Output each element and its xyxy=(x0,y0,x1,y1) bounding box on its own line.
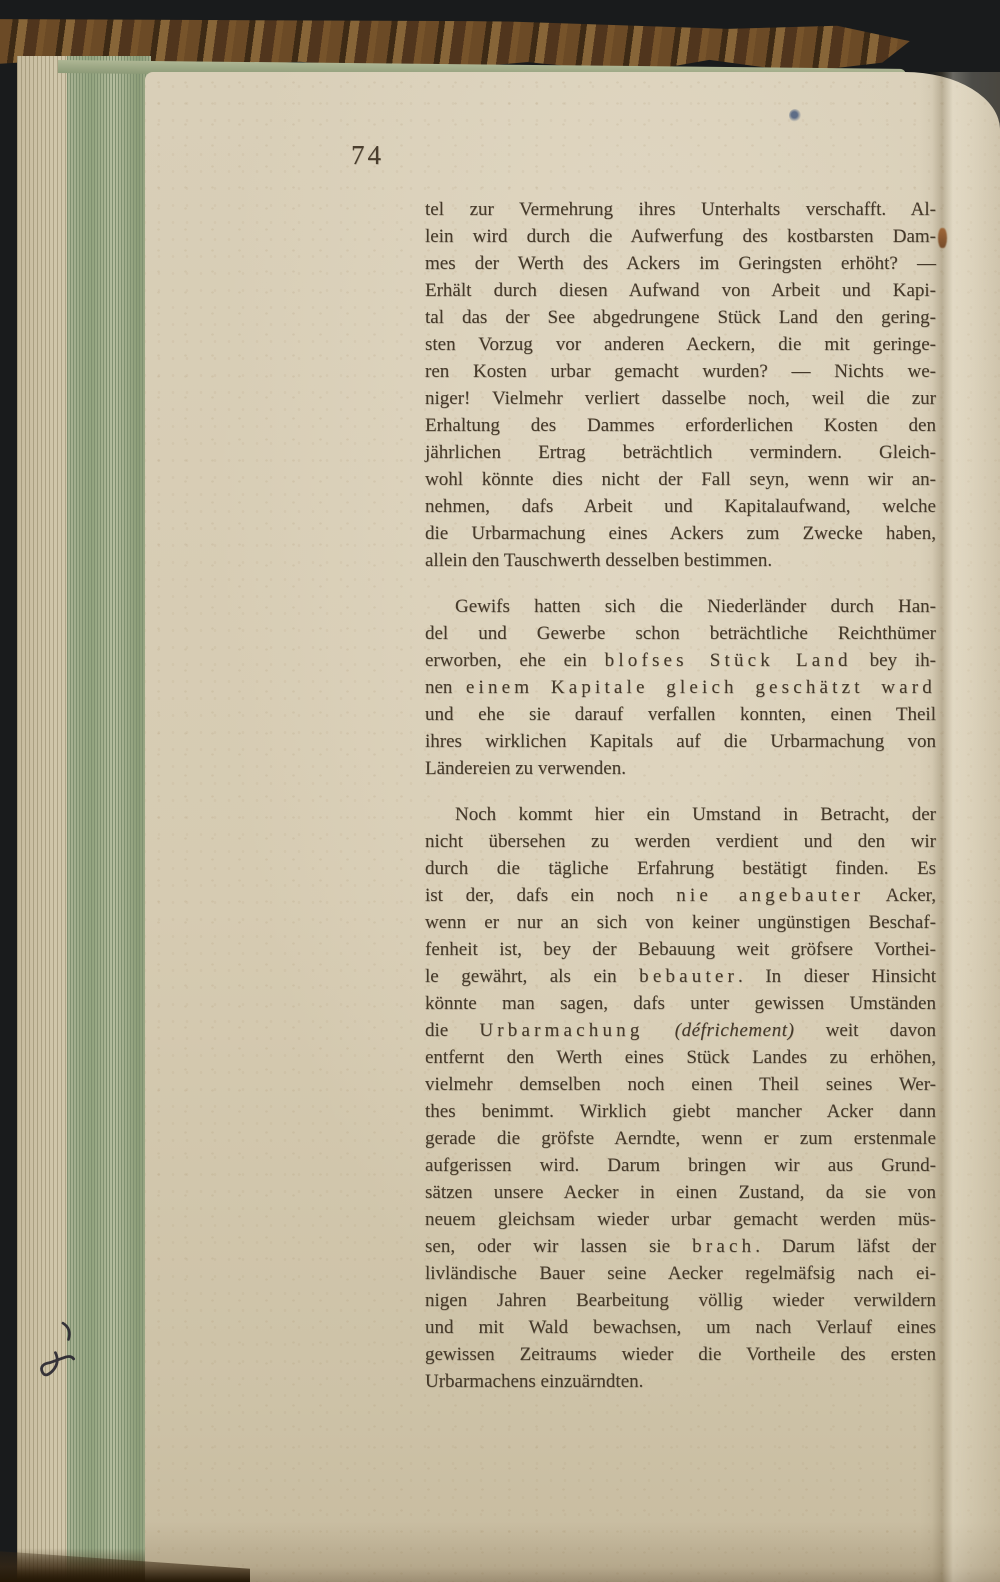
text-segment: tal das der See abgedrungene Stück Land … xyxy=(425,307,936,328)
text-line: die Urbarmachung eines Ackers zum Zwecke… xyxy=(425,520,936,547)
text-segment: allein den Tauschwerth desselben bestimm… xyxy=(425,550,772,571)
text-line: die Urbarmachung (défrichement) weit dav… xyxy=(425,1017,936,1044)
text-line: Urbarmachens einzuärndten. xyxy=(425,1368,936,1395)
text-segment: die xyxy=(425,1020,479,1041)
text-segment: erworben, ehe ein xyxy=(425,650,605,671)
text-segment: Urbarmachens einzuärndten. xyxy=(425,1371,643,1392)
text-line: sen, oder wir lassen sie brach. Darum lä… xyxy=(425,1233,936,1260)
letterspaced-term: nie angebauter xyxy=(676,885,864,906)
text-line: erworben, ehe ein blofses Stück Land bey… xyxy=(425,647,936,674)
text-line: livländische Bauer seine Aecker regelmäf… xyxy=(425,1260,936,1287)
text-line: fenheit ist, bey der Bebauung weit gröfs… xyxy=(425,936,936,963)
text-segment: jährlichen Ertrag beträchtlich verminder… xyxy=(425,442,936,463)
text-segment: fenheit ist, bey der Bebauung weit gröfs… xyxy=(425,939,936,960)
text-segment: ren Kosten urbar gemacht wurden? — Nicht… xyxy=(425,361,936,382)
text-line: ist der, dafs ein noch nie angebauter Ac… xyxy=(425,882,936,909)
text-line: Erhält durch diesen Aufwand von Arbeit u… xyxy=(425,277,936,304)
paragraph: Gewifs hatten sich die Niederländer durc… xyxy=(425,593,936,782)
text-line: und mit Wald bewachsen, um nach Verlauf … xyxy=(425,1314,936,1341)
text-line: entfernt den Werth eines Stück Landes zu… xyxy=(425,1044,936,1071)
text-segment: gewissen Zeitraums wieder die Vortheile … xyxy=(425,1344,936,1365)
text-segment: Noch kommt hier ein Umstand in Betracht,… xyxy=(455,804,936,825)
text-segment: sten Vorzug vor anderen Aeckern, die mit… xyxy=(425,334,936,355)
letterspaced-term: einem Kapitale gleich geschätzt ward xyxy=(466,677,936,698)
text-line: gerade die gröfste Aerndte, wenn er zum … xyxy=(425,1125,936,1152)
text-segment: die Urbarmachung eines Ackers zum Zwecke… xyxy=(425,523,936,544)
text-segment: del und Gewerbe schon beträchtliche Reic… xyxy=(425,623,936,644)
text-segment: niger! Vielmehr verliert dasselbe noch, … xyxy=(425,388,936,409)
text-line: lein wird durch die Aufwerfung des kostb… xyxy=(425,223,936,250)
text-segment: livländische Bauer seine Aecker regelmäf… xyxy=(425,1263,936,1284)
text-segment xyxy=(644,1020,675,1041)
text-segment: nehmen, dafs Arbeit und Kapitalaufwand, … xyxy=(425,496,936,517)
page-bottom-shadow xyxy=(145,1522,1000,1582)
text-line: allein den Tauschwerth desselben bestimm… xyxy=(425,547,936,574)
text-line: nigen Jahren Bearbeitung völlig wieder v… xyxy=(425,1287,936,1314)
text-line: wohl könnte dies nicht der Fall seyn, we… xyxy=(425,466,936,493)
text-line: tal das der See abgedrungene Stück Land … xyxy=(425,304,936,331)
text-segment: . In dieser Hinsicht xyxy=(738,966,936,987)
text-segment: wohl könnte dies nicht der Fall seyn, we… xyxy=(425,469,936,490)
text-line: sätzen unsere Aecker in einen Zustand, d… xyxy=(425,1179,936,1206)
page-number: 74 xyxy=(351,140,384,171)
text-segment: weit davon xyxy=(795,1020,936,1041)
text-segment: entfernt den Werth eines Stück Landes zu… xyxy=(425,1047,936,1068)
letterspaced-term: Urbarmachung xyxy=(479,1020,643,1041)
ink-dot-mark xyxy=(789,109,801,122)
letterspaced-term: bebauter xyxy=(639,966,738,987)
text-line: und ehe sie darauf verfallen konnten, ei… xyxy=(425,701,936,728)
italic-term: (défrichement) xyxy=(675,1020,795,1041)
paragraph: tel zur Vermehrung ihres Unterhalts vers… xyxy=(425,196,936,574)
letterspaced-term: blofses Stück Land xyxy=(605,650,852,671)
text-segment: Erhält durch diesen Aufwand von Arbeit u… xyxy=(425,280,936,301)
text-segment: wenn er nur an sich von keiner ungünstig… xyxy=(425,912,936,933)
text-line: sten Vorzug vor anderen Aeckern, die mit… xyxy=(425,331,936,358)
text-line: Erhaltung des Dammes erforderlichen Kost… xyxy=(425,412,936,439)
text-line: del und Gewerbe schon beträchtliche Reic… xyxy=(425,620,936,647)
text-line: tel zur Vermehrung ihres Unterhalts vers… xyxy=(425,196,936,223)
text-segment: aufgerissen wird. Darum bringen wir aus … xyxy=(425,1155,936,1176)
text-line: könnte man sagen, dafs unter gewissen Um… xyxy=(425,990,936,1017)
text-line: ren Kosten urbar gemacht wurden? — Nicht… xyxy=(425,358,936,385)
text-segment: ihres wirklichen Kapitals auf die Urbarm… xyxy=(425,731,936,752)
text-segment: tel zur Vermehrung ihres Unterhalts vers… xyxy=(425,199,936,220)
text-line: jährlichen Ertrag beträchtlich verminder… xyxy=(425,439,936,466)
text-block: tel zur Vermehrung ihres Unterhalts vers… xyxy=(425,196,936,1395)
book-scan: 74 tel zur Vermehrung ihres Unterhalts v… xyxy=(0,0,1000,1582)
text-segment: ist der, dafs ein noch xyxy=(425,885,676,906)
text-segment: durch die tägliche Erfahrung bestätigt f… xyxy=(425,858,936,879)
text-line: durch die tägliche Erfahrung bestätigt f… xyxy=(425,855,936,882)
text-segment: nen xyxy=(425,677,466,698)
text-line: gewissen Zeitraums wieder die Vortheile … xyxy=(425,1341,936,1368)
text-segment: . Darum läfst der xyxy=(755,1236,936,1257)
text-line: le gewährt, als ein bebauter. In dieser … xyxy=(425,963,936,990)
text-line: Noch kommt hier ein Umstand in Betracht,… xyxy=(425,801,936,828)
text-line: nehmen, dafs Arbeit und Kapitalaufwand, … xyxy=(425,493,936,520)
text-segment: mes der Werth des Ackers im Geringsten e… xyxy=(425,253,936,274)
text-line: mes der Werth des Ackers im Geringsten e… xyxy=(425,250,936,277)
text-segment: le gewährt, als ein xyxy=(425,966,639,987)
text-segment: Gewifs hatten sich die Niederländer durc… xyxy=(455,596,936,617)
text-segment: thes benimmt. Wirklich giebt mancher Ack… xyxy=(425,1101,936,1122)
letterspaced-term: brach xyxy=(692,1236,755,1257)
text-segment: vielmehr demselben noch einen Theil sein… xyxy=(425,1074,936,1095)
text-line: nen einem Kapitale gleich geschätzt ward xyxy=(425,674,936,701)
text-line: aufgerissen wird. Darum bringen wir aus … xyxy=(425,1152,936,1179)
text-line: ihres wirklichen Kapitals auf die Urbarm… xyxy=(425,728,936,755)
text-segment: und mit Wald bewachsen, um nach Verlauf … xyxy=(425,1317,936,1338)
text-segment: Acker, xyxy=(864,885,936,906)
text-line: wenn er nur an sich von keiner ungünstig… xyxy=(425,909,936,936)
text-line: nicht übersehen zu werden verdient und d… xyxy=(425,828,936,855)
text-line: Gewifs hatten sich die Niederländer durc… xyxy=(425,593,936,620)
text-line: vielmehr demselben noch einen Theil sein… xyxy=(425,1071,936,1098)
text-line: niger! Vielmehr verliert dasselbe noch, … xyxy=(425,385,936,412)
text-segment: gerade die gröfste Aerndte, wenn er zum … xyxy=(425,1128,936,1149)
text-line: neuem gleichsam wieder urbar gemacht wer… xyxy=(425,1206,936,1233)
text-segment: sen, oder wir lassen sie xyxy=(425,1236,692,1257)
text-segment: und ehe sie darauf verfallen konnten, ei… xyxy=(425,704,936,725)
text-segment: lein wird durch die Aufwerfung des kostb… xyxy=(425,226,936,247)
text-segment: Erhaltung des Dammes erforderlichen Kost… xyxy=(425,415,936,436)
stain-mark xyxy=(938,228,947,248)
text-line: thes benimmt. Wirklich giebt mancher Ack… xyxy=(425,1098,936,1125)
text-segment: könnte man sagen, dafs unter gewissen Um… xyxy=(425,993,936,1014)
text-line: Ländereien zu verwenden. xyxy=(425,755,936,782)
text-segment: neuem gleichsam wieder urbar gemacht wer… xyxy=(425,1209,936,1230)
paragraph: Noch kommt hier ein Umstand in Betracht,… xyxy=(425,801,936,1395)
text-segment: sätzen unsere Aecker in einen Zustand, d… xyxy=(425,1182,936,1203)
text-segment: nigen Jahren Bearbeitung völlig wieder v… xyxy=(425,1290,936,1311)
text-segment: bey ih- xyxy=(852,650,936,671)
text-segment: Ländereien zu verwenden. xyxy=(425,758,626,779)
text-segment: nicht übersehen zu werden verdient und d… xyxy=(425,831,936,852)
